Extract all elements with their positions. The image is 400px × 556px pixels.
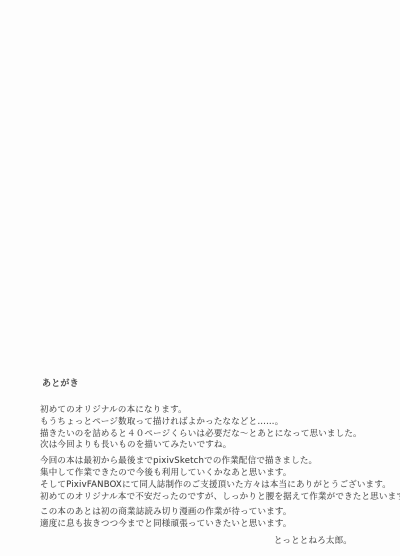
author-signature: とっととねろ太郎。 xyxy=(40,535,380,547)
text-line: 適度に息も抜きつつ今までと同様頑張っていきたいと思います。 xyxy=(40,519,380,531)
afterword-title: あとがき xyxy=(42,378,380,390)
text-line: 集中して作業できたので今後も利用していくかなあと思います。 xyxy=(40,468,380,480)
text-line: もうちょっとページ数取って描ければよかったななどと……。 xyxy=(40,417,380,429)
text-line: 今回の本は最初から最後までpixivSketchでの作業配信で描きました。 xyxy=(40,456,380,468)
afterword-page: あとがき 初めてのオリジナルの本になります。 もうちょっとページ数取って描ければ… xyxy=(0,0,400,556)
paragraph-3: この本のあとは初の商業誌読み切り漫画の作業が待っています。 適度に息も抜きつつ今… xyxy=(40,507,380,531)
text-line: 初めてのオリジナルの本になります。 xyxy=(40,405,380,417)
afterword-text-block: あとがき 初めてのオリジナルの本になります。 もうちょっとページ数取って描ければ… xyxy=(40,378,380,547)
text-line: 次は今回よりも長いものを描いてみたいですね。 xyxy=(40,440,380,452)
text-line: この本のあとは初の商業誌読み切り漫画の作業が待っています。 xyxy=(40,507,380,519)
paragraph-1: 初めてのオリジナルの本になります。 もうちょっとページ数取って描ければよかったな… xyxy=(40,405,380,452)
text-line: そしてPixivFANBOXにて同人誌制作のご支援頂いた方々は本当にありがとうご… xyxy=(40,480,380,492)
text-line: 描きたいのを詰めると４０ページくらいは必要だな〜とあとになって思いました。 xyxy=(40,429,380,441)
text-line: 初めてのオリジナル本で不安だったのですが、しっかりと腰を据えて作業ができたと思い… xyxy=(40,492,380,504)
paragraph-2: 今回の本は最初から最後までpixivSketchでの作業配信で描きました。 集中… xyxy=(40,456,380,503)
